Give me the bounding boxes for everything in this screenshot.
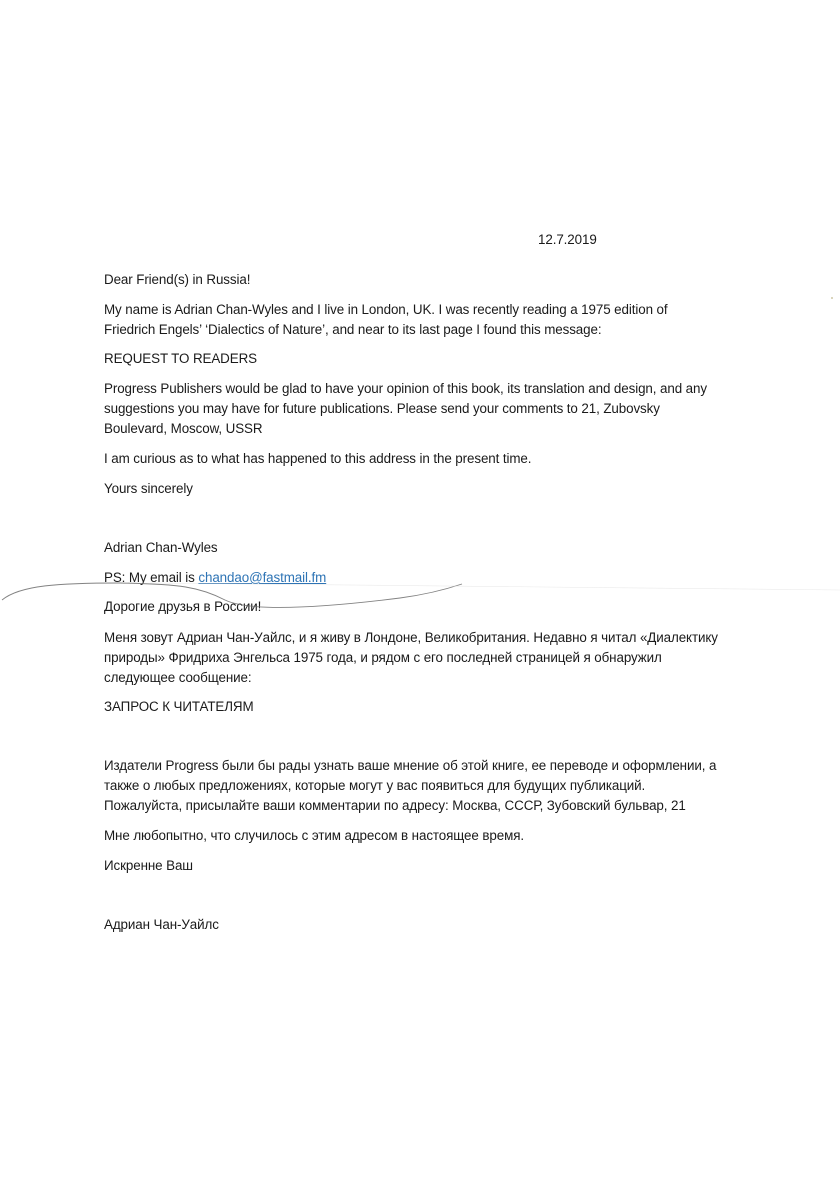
russian-quote-line-3: Пожалуйста, присылайте ваши комментарии …: [104, 796, 686, 815]
english-quote-line-1: Progress Publishers would be glad to hav…: [104, 379, 707, 398]
russian-intro-line-3: следующее сообщение:: [104, 668, 251, 687]
english-curious-line: I am curious as to what has happened to …: [104, 449, 531, 468]
english-intro-line-2: Friedrich Engels’ ‘Dialectics of Nature’…: [104, 320, 601, 339]
email-link[interactable]: chandao@fastmail.fm: [198, 570, 326, 585]
english-quote-line-3: Boulevard, Moscow, USSR: [104, 419, 262, 438]
russian-intro-line-1: Меня зовут Адриан Чан-Уайлс, и я живу в …: [104, 628, 718, 647]
russian-quote-line-1: Издатели Progress были бы рады узнать ва…: [104, 756, 716, 775]
english-signature: Adrian Chan-Wyles: [104, 538, 218, 557]
russian-signature: Адриан Чан-Уайлс: [104, 915, 219, 934]
scanned-letter-page: 12.7.2019 Dear Friend(s) in Russia! My n…: [0, 0, 840, 1195]
postscript-line: PS: My email is chandao@fastmail.fm: [104, 568, 326, 587]
english-greeting: Dear Friend(s) in Russia!: [104, 270, 250, 289]
russian-request-heading: ЗАПРОС К ЧИТАТЕЛЯМ: [104, 697, 254, 716]
postscript-prefix: PS: My email is: [104, 570, 198, 585]
letter-date: 12.7.2019: [538, 230, 597, 249]
russian-greeting: Дорогие друзья в России!: [104, 597, 261, 616]
russian-quote-line-2: также о любых предложениях, которые могу…: [104, 776, 645, 795]
russian-intro-line-2: природы» Фридриха Энгельса 1975 года, и …: [104, 648, 662, 667]
english-quote-line-2: suggestions you may have for future publ…: [104, 399, 660, 418]
scan-speck: [831, 297, 833, 299]
english-request-heading: REQUEST TO READERS: [104, 349, 257, 368]
russian-closing: Искренне Ваш: [104, 856, 193, 875]
english-closing: Yours sincerely: [104, 479, 193, 498]
russian-curious-line: Мне любопытно, что случилось с этим адре…: [104, 826, 524, 845]
english-intro-line-1: My name is Adrian Chan-Wyles and I live …: [104, 300, 668, 319]
